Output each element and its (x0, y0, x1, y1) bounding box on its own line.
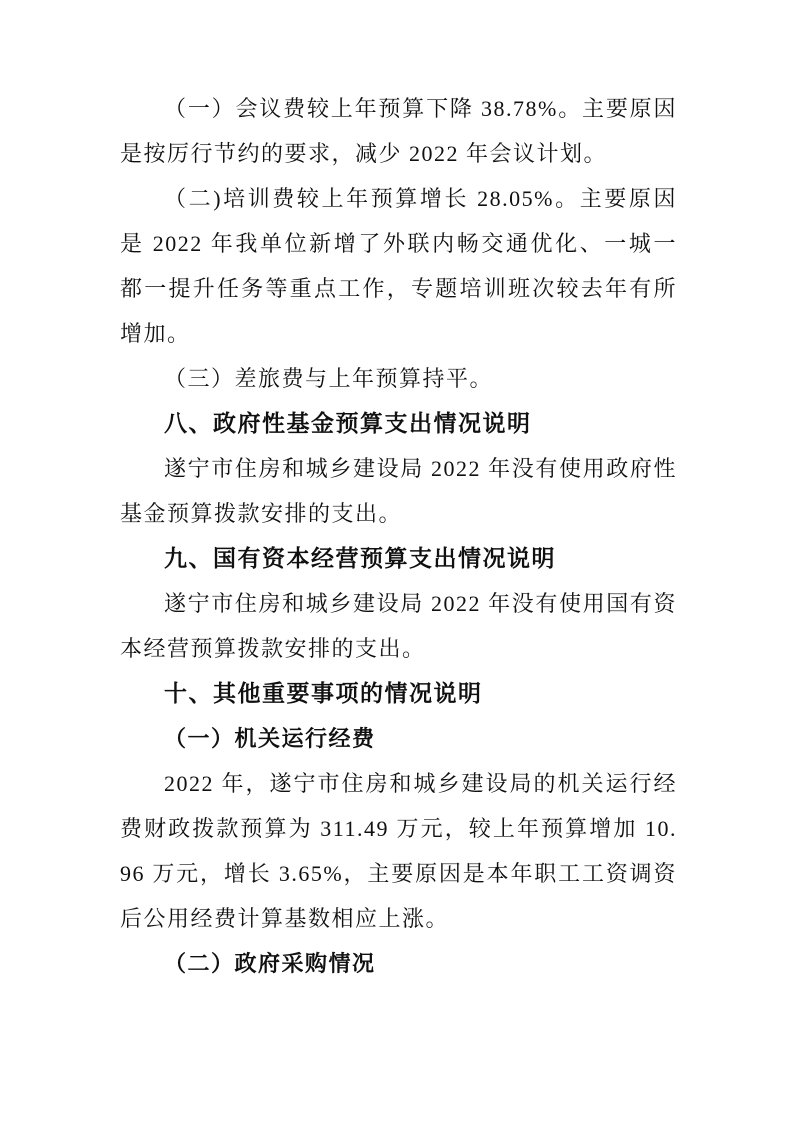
paragraph-state-capital: 遂宁市住房和城乡建设局 2022 年没有使用国有资本经营预算拨款安排的支出。 (120, 581, 677, 671)
paragraph-travel-fee: （三）差旅费与上年预算持平。 (120, 356, 677, 401)
document-body: （一）会议费较上年预算下降 38.78%。主要原因是按厉行节约的要求，减少 20… (120, 86, 677, 986)
section-heading-8: 八、政府性基金预算支出情况说明 (120, 401, 677, 446)
section-heading-10: 十、其他重要事项的情况说明 (120, 671, 677, 716)
sub-heading-procurement: （二）政府采购情况 (120, 941, 677, 986)
sub-heading-operating-expense: （一）机关运行经费 (120, 716, 677, 761)
paragraph-gov-fund: 遂宁市住房和城乡建设局 2022 年没有使用政府性基金预算拨款安排的支出。 (120, 446, 677, 536)
paragraph-meeting-fee: （一）会议费较上年预算下降 38.78%。主要原因是按厉行节约的要求，减少 20… (120, 86, 677, 176)
section-heading-9: 九、国有资本经营预算支出情况说明 (120, 536, 677, 581)
paragraph-operating-expense: 2022 年，遂宁市住房和城乡建设局的机关运行经费财政拨款预算为 311.49 … (120, 761, 677, 941)
paragraph-training-fee: （二)培训费较上年预算增长 28.05%。主要原因是 2022 年我单位新增了外… (120, 176, 677, 356)
document-page: （一）会议费较上年预算下降 38.78%。主要原因是按厉行节约的要求，减少 20… (0, 0, 793, 1122)
